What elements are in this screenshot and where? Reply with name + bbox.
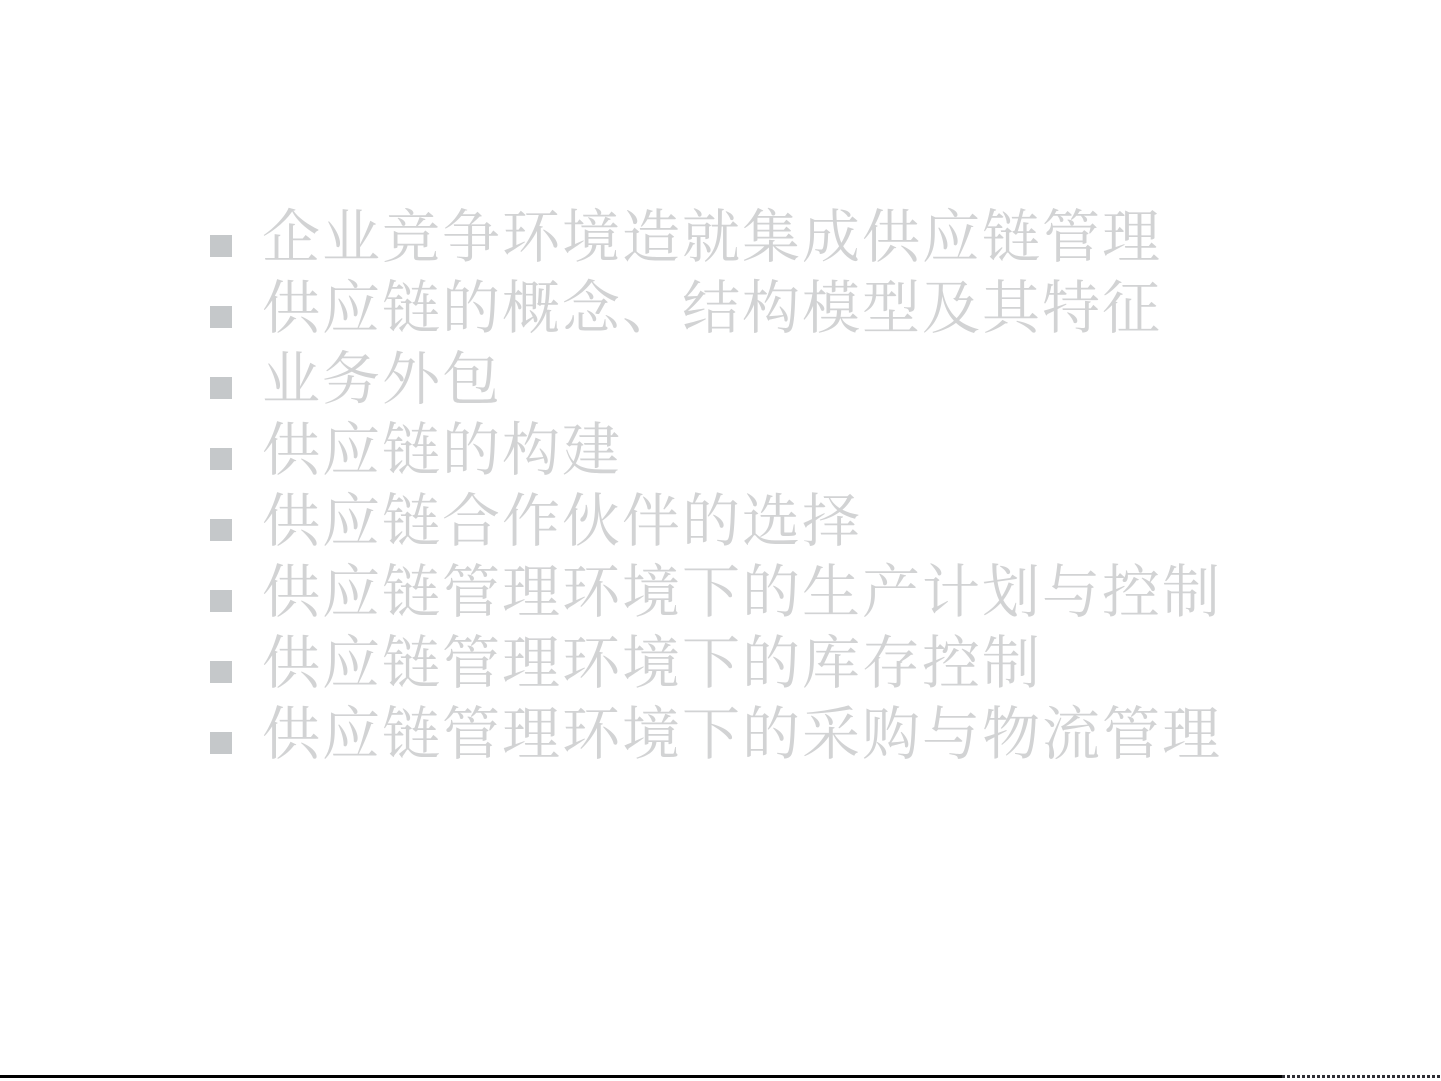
bullet-square-icon (210, 235, 232, 257)
list-item-label: 企业竞争环境造就集成供应链管理 (262, 202, 1162, 273)
list-item-label: 供应链合作伙伴的选择 (262, 486, 862, 557)
bullet-square-icon (210, 448, 232, 470)
list-item-label: 供应链管理环境下的生产计划与控制 (262, 557, 1222, 628)
list-item-label: 供应链的概念、结构模型及其特征 (262, 273, 1162, 344)
bullet-square-icon (210, 661, 232, 683)
agenda-list: 企业竞争环境造就集成供应链管理 供应链的概念、结构模型及其特征 业务外包 供应链… (210, 202, 1222, 770)
list-item-label: 业务外包 (262, 344, 502, 415)
list-item-label: 供应链管理环境下的库存控制 (262, 628, 1042, 699)
list-item-label: 供应链的构建 (262, 415, 622, 486)
list-item: 供应链合作伙伴的选择 (210, 486, 1222, 557)
list-item: 供应链管理环境下的生产计划与控制 (210, 557, 1222, 628)
list-item: 供应链的构建 (210, 415, 1222, 486)
list-item: 企业竞争环境造就集成供应链管理 (210, 202, 1222, 273)
list-item: 业务外包 (210, 344, 1222, 415)
footer-rule (0, 1075, 1282, 1078)
slide-canvas: 企业竞争环境造就集成供应链管理 供应链的概念、结构模型及其特征 业务外包 供应链… (0, 0, 1441, 1081)
bullet-square-icon (210, 306, 232, 328)
list-item: 供应链管理环境下的库存控制 (210, 628, 1222, 699)
list-item: 供应链的概念、结构模型及其特征 (210, 273, 1222, 344)
list-item-label: 供应链管理环境下的采购与物流管理 (262, 699, 1222, 770)
bullet-square-icon (210, 732, 232, 754)
bullet-square-icon (210, 377, 232, 399)
list-item: 供应链管理环境下的采购与物流管理 (210, 699, 1222, 770)
bullet-square-icon (210, 590, 232, 612)
footer-watermark-dashes (1282, 1075, 1441, 1078)
bullet-square-icon (210, 519, 232, 541)
